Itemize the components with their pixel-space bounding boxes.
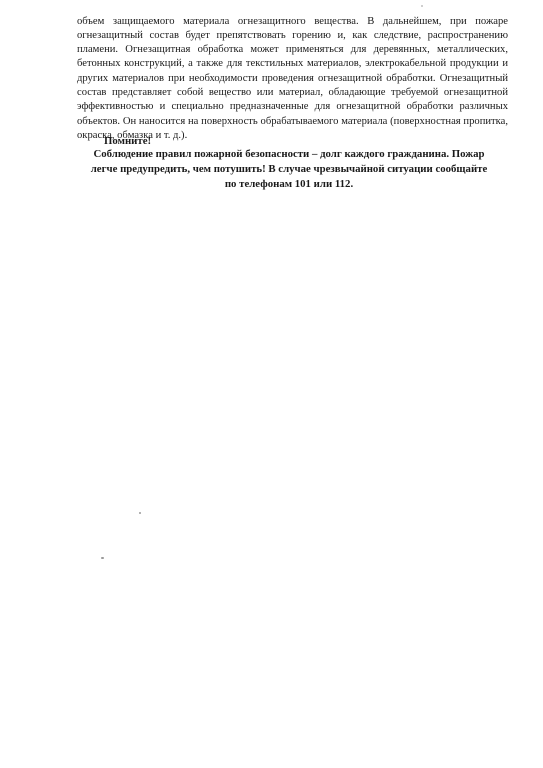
scan-speck [139,512,141,514]
remember-heading: Помните! [104,134,151,148]
document-page: объем защищаемого материала огнезащитног… [0,0,543,768]
scan-speck [421,5,423,7]
scan-speck [101,557,104,559]
fire-safety-notice: Соблюдение правил пожарной безопасности … [84,147,494,192]
fire-retardant-paragraph: объем защищаемого материала огнезащитног… [77,15,508,144]
